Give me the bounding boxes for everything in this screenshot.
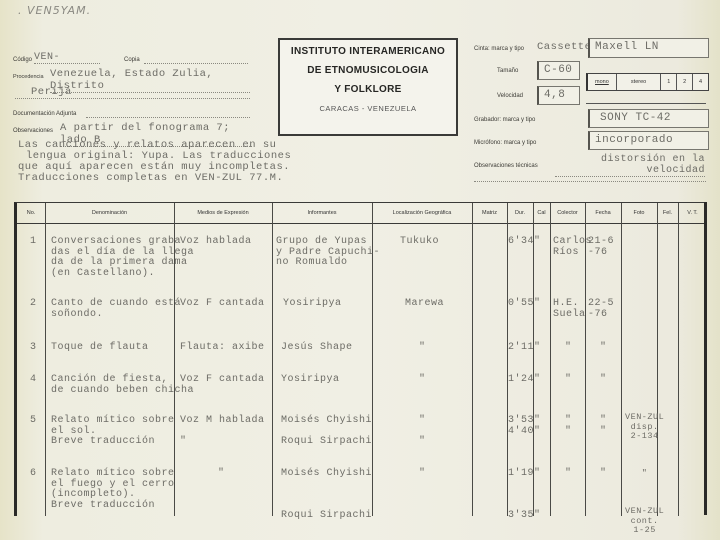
copia-field bbox=[144, 63, 248, 64]
row5-denominacion: Relato mítico sobre el sol. Breve traduc… bbox=[51, 416, 175, 448]
header-foto: Foto bbox=[621, 203, 657, 223]
row4-medios: Voz F cantada bbox=[180, 375, 265, 386]
microfono-box: incorporado bbox=[588, 131, 709, 150]
channel-selector: mono stereo 1 2 4 bbox=[586, 73, 709, 91]
row4-no: 4 bbox=[30, 375, 37, 386]
observaciones-notes: Las canciones y relatos aparecen en su l… bbox=[18, 140, 291, 184]
procedencia-value-2: Perijá bbox=[15, 86, 250, 99]
grabador-value: SONY TC-42 bbox=[600, 112, 671, 124]
row6-foto: " VEN-ZUL cont. 1-25 bbox=[625, 469, 664, 536]
header-matriz: Matriz bbox=[472, 203, 507, 223]
row2-denominacion: Canto de cuando está soñondo. bbox=[51, 299, 181, 320]
row2-localizacion: Marewa bbox=[405, 299, 444, 310]
documentacion-field bbox=[86, 117, 250, 118]
tamano-label: Tamaño bbox=[497, 68, 518, 74]
cinta-label: Cinta: marca y tipo bbox=[474, 46, 524, 52]
row4-localizacion: " bbox=[419, 375, 426, 386]
velocidad-box: 4,8 bbox=[537, 86, 580, 105]
cinta-type: Cassette bbox=[537, 41, 591, 53]
row5-foto: VEN-ZUL disp. 2-134 bbox=[625, 413, 664, 442]
row1-fecha: 21-6 -76 bbox=[588, 237, 614, 258]
row1-informantes: Grupo de Yupas y Padre Capuchi- no Romua… bbox=[276, 237, 380, 269]
microfono-value: incorporado bbox=[595, 134, 673, 146]
channel-stereo: stereo bbox=[617, 74, 662, 90]
header-fel: Fel. bbox=[657, 203, 678, 223]
grabador-box: SONY TC-42 bbox=[588, 109, 709, 128]
recordings-table: No. Denominación Medios de Expresión Inf… bbox=[14, 202, 707, 516]
row6-localizacion: " bbox=[419, 469, 426, 480]
header-no: No. bbox=[17, 203, 45, 223]
row1-medios: Voz hablada bbox=[180, 237, 252, 248]
row4-informantes: Yosiripya bbox=[281, 375, 340, 386]
tamano-value: C-60 bbox=[544, 64, 572, 76]
row5-no: 5 bbox=[30, 416, 37, 427]
obs-tecnicas-value: distorsión en la velocidad bbox=[555, 154, 705, 177]
obs-tecnicas-line bbox=[474, 181, 706, 182]
row1-localizacion: Tukuko bbox=[400, 237, 439, 248]
row5-fecha: " " bbox=[600, 416, 607, 437]
microfono-label: Micrófono: marca y tipo bbox=[474, 140, 536, 146]
codigo-value: VEN- bbox=[34, 52, 100, 64]
header-cal: Cal bbox=[533, 203, 550, 223]
header-fecha: Fecha bbox=[585, 203, 621, 223]
row6-no: 6 bbox=[30, 469, 37, 480]
row5-medios: Voz M hablada " bbox=[180, 416, 265, 448]
copia-label: Copia bbox=[124, 57, 140, 63]
row6-informantes: Moisés Chyishi Roqui Sirpachi bbox=[281, 469, 372, 522]
row4-colector: " bbox=[565, 375, 572, 386]
institute-line-1: INSTITUTO INTERAMERICANO bbox=[280, 46, 456, 58]
row5-localizacion: " " bbox=[419, 416, 426, 448]
row2-fecha: 22-5 -76 bbox=[588, 299, 614, 320]
observaciones-label: Observaciones bbox=[13, 128, 53, 134]
row6-fecha: " bbox=[600, 469, 607, 480]
row2-informantes: Yosiripya bbox=[283, 299, 342, 310]
documentacion-label: Documentación Adjunta bbox=[13, 111, 76, 117]
codigo-label: Código bbox=[13, 57, 32, 63]
header-denominacion: Denominación bbox=[45, 203, 174, 223]
header-localizacion: Localización Geográfica bbox=[372, 203, 472, 223]
velocidad-label: Velocidad bbox=[497, 93, 523, 99]
header-dur: Dur. bbox=[507, 203, 533, 223]
corner-note: . VEN5YAM. bbox=[18, 4, 91, 17]
header-colector: Colector bbox=[550, 203, 585, 223]
institute-line-3: Y FOLKLORE bbox=[280, 84, 456, 96]
institute-header: INSTITUTO INTERAMERICANO DE ETNOMUSICOLO… bbox=[278, 38, 458, 136]
header-informantes: Informantes bbox=[272, 203, 372, 223]
row2-medios: Voz F cantada bbox=[180, 299, 265, 310]
institute-city: CARACAS - VENEZUELA bbox=[280, 104, 456, 113]
cinta-brand-box: Maxell LN bbox=[588, 38, 709, 58]
row6-colector: " bbox=[565, 469, 572, 480]
row3-colector: " bbox=[565, 343, 572, 354]
velocidad-value: 4,8 bbox=[544, 89, 565, 101]
row4-fecha: " bbox=[600, 375, 607, 386]
cinta-brand: Maxell LN bbox=[595, 41, 659, 53]
row2-dur: 0'55" bbox=[508, 299, 541, 310]
row3-medios: Flauta: axibe bbox=[180, 343, 265, 354]
row3-no: 3 bbox=[30, 343, 37, 354]
header-medios: Medios de Expresión bbox=[174, 203, 272, 223]
row1-denominacion: Conversaciones graba das el día de la ll… bbox=[51, 237, 194, 279]
row5-dur: 3'53" 4'40" bbox=[508, 416, 541, 437]
channel-4: 4 bbox=[693, 74, 708, 90]
note-line: Traducciones completas en VEN-ZUL 77.M. bbox=[18, 173, 291, 184]
row1-dur: 6'34" bbox=[508, 237, 541, 248]
table-right-border bbox=[704, 202, 707, 515]
row5-colector: " " bbox=[565, 416, 572, 437]
row2-no: 2 bbox=[30, 299, 37, 310]
row5-informantes: Moisés Chyishi Roqui Sirpachi bbox=[281, 416, 372, 448]
row2-colector: H.E. Suela bbox=[553, 299, 586, 320]
tamano-box: C-60 bbox=[537, 61, 580, 80]
row6-dur: 1'19" 3'35" bbox=[508, 469, 541, 522]
divider bbox=[586, 103, 706, 104]
row6-medios: " bbox=[218, 469, 225, 480]
grabador-label: Grabador: marca y tipo bbox=[474, 117, 535, 123]
channel-2: 2 bbox=[677, 74, 693, 90]
row4-dur: 1'24" bbox=[508, 375, 541, 386]
institute-line-2: DE ETNOMUSICOLOGIA bbox=[280, 65, 456, 77]
row3-localizacion: " bbox=[419, 343, 426, 354]
row3-denominacion: Toque de flauta bbox=[51, 343, 149, 354]
row1-no: 1 bbox=[30, 237, 37, 248]
procedencia-label: Procedencia bbox=[13, 74, 44, 80]
row3-informantes: Jesús Shape bbox=[281, 343, 353, 354]
header-vt: V. T. bbox=[678, 203, 707, 223]
row4-denominacion: Canción de fiesta, de cuando beben chich… bbox=[51, 375, 194, 396]
channel-mono: mono bbox=[588, 74, 617, 90]
row1-colector: Carlos Ríos bbox=[553, 237, 592, 258]
row3-fecha: " bbox=[600, 343, 607, 354]
channel-1: 1 bbox=[661, 74, 677, 90]
obs-tecnicas-label: Observaciones técnicas bbox=[474, 163, 538, 169]
row3-dur: 2'11" bbox=[508, 343, 541, 354]
row6-denominacion: Relato mítico sobre el fuego y el cerro … bbox=[51, 469, 175, 511]
archive-card: . VEN5YAM. Código VEN- Copia Procedencia… bbox=[0, 0, 720, 540]
